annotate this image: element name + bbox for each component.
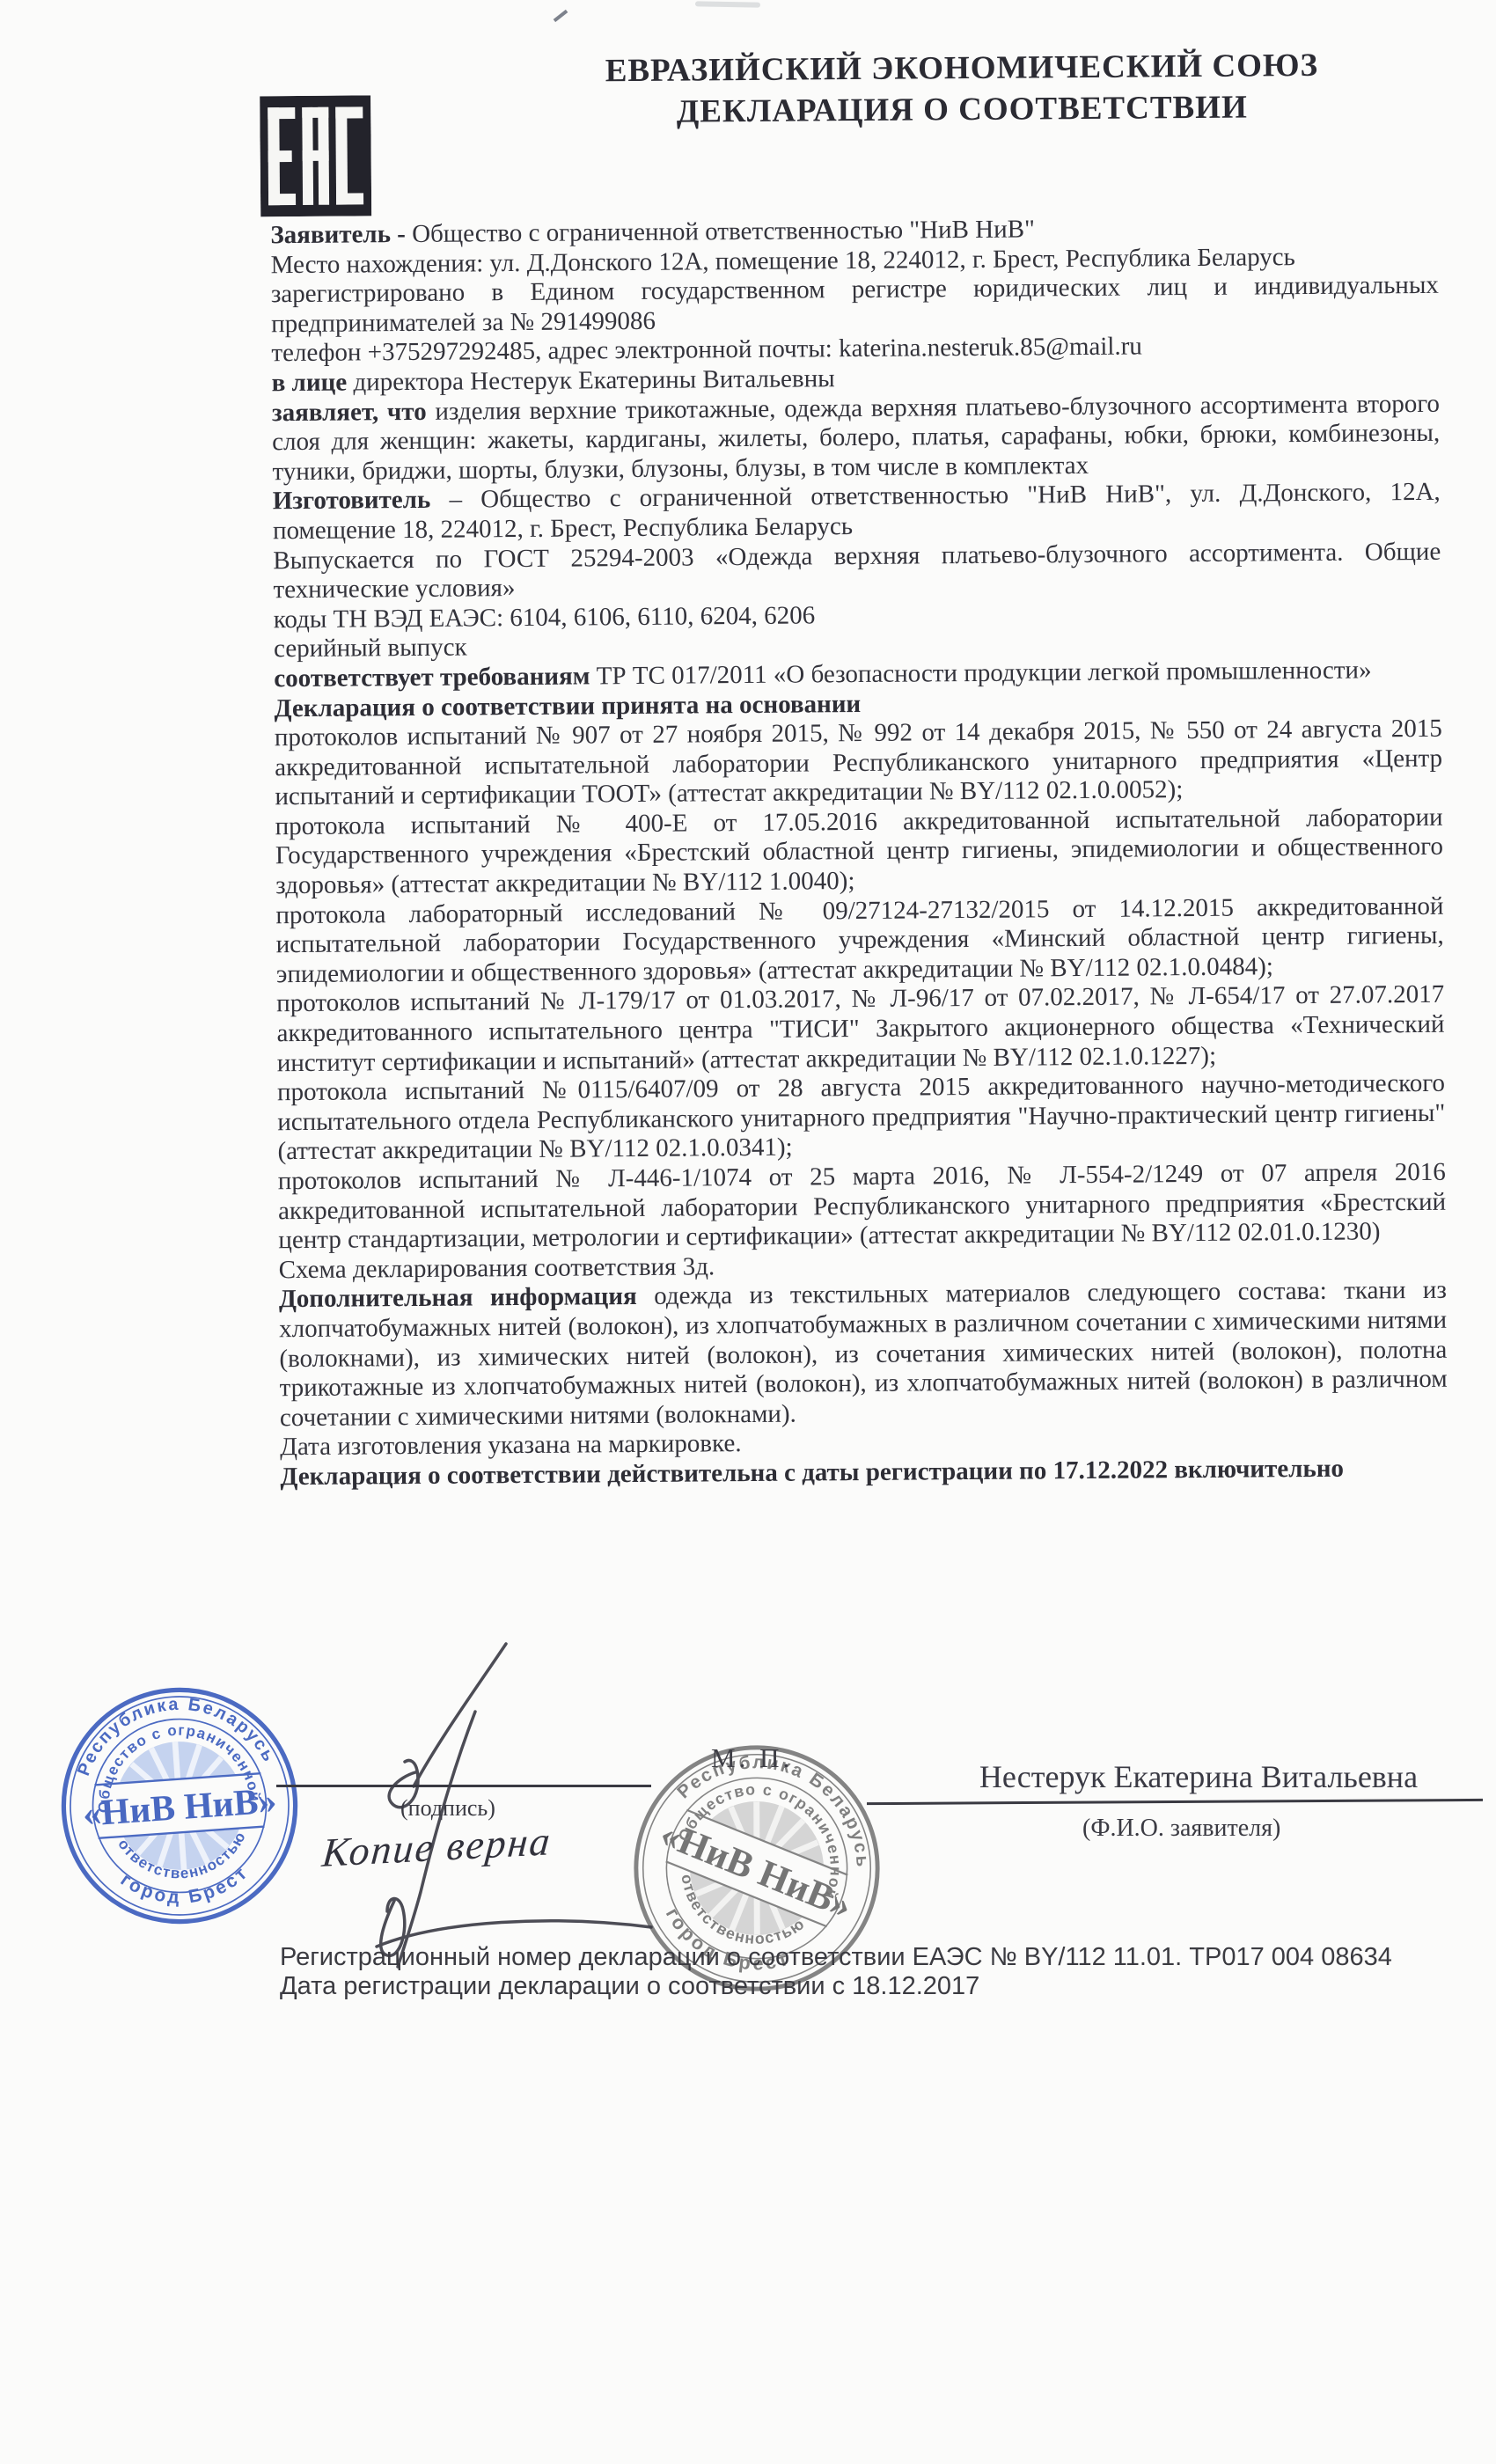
document-title: ЕВРАЗИЙСКИЙ ЭКОНОМИЧЕСКИЙ СОЮЗ ДЕКЛАРАЦИ… (434, 43, 1491, 134)
body-paragraph: протоколов испытаний № 907 от 27 ноября … (275, 715, 1443, 812)
applicant-name-line (867, 1799, 1483, 1805)
body-paragraph: Изготовитель – Общество с ограниченной о… (273, 478, 1441, 546)
body-paragraph: протоколов испытаний № Л-446-1/1074 от 2… (278, 1158, 1447, 1256)
document-content: ЕВРАЗИЙСКИЙ ЭКОНОМИЧЕСКИЙ СОЮЗ ДЕКЛАРАЦИ… (0, 0, 1496, 1731)
applicant-name: Нестерук Екатерина Витальевна (974, 1758, 1423, 1795)
registration-number-line: Регистрационный номер декларации о соотв… (280, 1943, 1459, 1972)
declaration-document-page: ЕВРАЗИЙСКИЙ ЭКОНОМИЧЕСКИЙ СОЮЗ ДЕКЛАРАЦИ… (0, 0, 1496, 2464)
eac-mark-icon (260, 95, 371, 216)
applicant-caption: (Ф.И.О. заявителя) (1082, 1815, 1280, 1843)
registration-block: Регистрационный номер декларации о соотв… (280, 1943, 1459, 2001)
body-paragraph: протокола лабораторный исследований № 09… (275, 891, 1444, 989)
body-paragraph: заявляет, что изделия верхние трикотажны… (272, 389, 1441, 487)
mp-seal-label: М. П. (711, 1742, 793, 1774)
title-declaration: ДЕКЛАРАЦИЯ О СООТВЕТСТВИИ (434, 84, 1490, 134)
body-paragraph: протокола испытаний №0115/6407/09 от 28 … (277, 1069, 1446, 1167)
body-paragraph: Дополнительная информация одежда из текс… (279, 1276, 1448, 1433)
body-paragraph: зарегистрировано в Едином государственно… (271, 271, 1439, 340)
body-paragraph: протокола испытаний № 400-Е от 17.05.201… (275, 803, 1444, 901)
body-paragraph: протоколов испытаний № Л-179/17 от 01.03… (276, 980, 1445, 1078)
eac-logo (260, 95, 371, 216)
signature-strokes-icon (264, 1628, 704, 1989)
body-paragraph: Выпускается по ГОСТ 25294-2003 «Одежда в… (273, 537, 1441, 605)
registration-date-line: Дата регистрации декларации о соответств… (280, 1972, 1459, 2001)
body-paragraphs: Заявитель - Общество с ограниченной отве… (270, 212, 1448, 1492)
